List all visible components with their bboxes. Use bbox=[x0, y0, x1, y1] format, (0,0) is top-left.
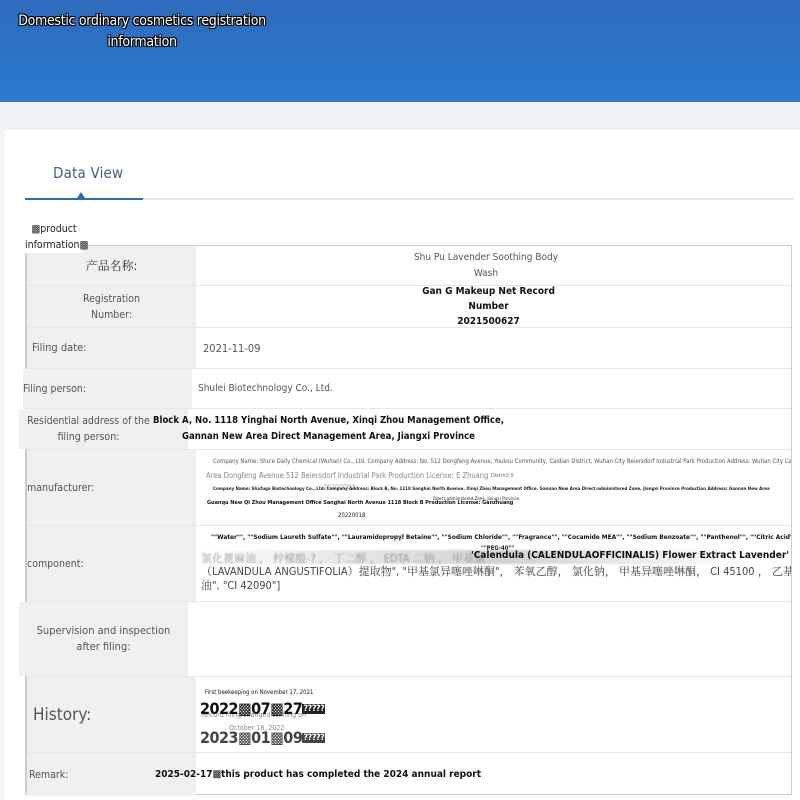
component-line: ""Water"", ""Sodium Laureth Sulfate"", "… bbox=[211, 533, 791, 541]
row-filing-person: Filing person: Shulei Biotechnology Co.,… bbox=[27, 369, 791, 409]
label-history: History: bbox=[27, 677, 196, 752]
history-entry: 2022▩07▩27????? bbox=[200, 699, 325, 718]
label-registration-number: Registration Number: bbox=[27, 286, 196, 327]
page-title: Domestic ordinary cosmetics registration… bbox=[14, 11, 270, 53]
manufacturer-line: Guanqu New Qi Zhou Management Office San… bbox=[207, 500, 513, 506]
page-header: Domestic ordinary cosmetics registration… bbox=[0, 0, 800, 102]
row-filing-date: Filing date: 2021-11-09 bbox=[27, 328, 791, 369]
label-filing-date: Filing date: bbox=[27, 328, 196, 368]
value-component: ""Water"", ""Sodium Laureth Sulfate"", "… bbox=[196, 526, 791, 601]
component-line: （LAVANDULA ANGUSTIFOLIA）提取物", "甲基氯异噻唑啉酮"… bbox=[201, 563, 791, 579]
label-filing-person: Filing person: bbox=[23, 369, 192, 408]
history-entry-suffix: ????? bbox=[302, 733, 325, 743]
value-product-name: Shu Pu Lavender Soothing Body Wash bbox=[406, 250, 566, 282]
row-residential-address: Residential address of the filing person… bbox=[27, 409, 791, 450]
value-supervision bbox=[196, 602, 791, 676]
label-component: component: bbox=[27, 526, 196, 601]
row-manufacturer: manufacturer: Company Name: Shu'e Daily … bbox=[27, 450, 791, 526]
tab-caret-icon bbox=[77, 192, 85, 198]
history-entry-date: 2022▩07▩27 bbox=[200, 699, 302, 718]
component-line: 'Calendula (CALENDULAOFFICINALIS) Flower… bbox=[471, 550, 789, 561]
row-component: component: ""Water"", ""Sodium Laureth S… bbox=[27, 526, 791, 602]
manufacturer-line: Company Name: Shu'e Daily Chemical (Wuha… bbox=[213, 458, 791, 465]
row-remark: Remark: 2025-02-17▩this product has comp… bbox=[27, 753, 791, 796]
value-residential-address: Block A, No. 1118 Yinghai North Avenue, … bbox=[151, 413, 506, 445]
value-registration-number: 2021500627 bbox=[404, 314, 574, 329]
history-note: First beekeeping on November 17, 2021 bbox=[205, 689, 313, 696]
manufacturer-line: District 0 bbox=[491, 473, 514, 479]
label-supervision: Supervision and inspection after filing: bbox=[19, 602, 188, 676]
value-history: First beekeeping on November 17, 2021 Re… bbox=[196, 677, 791, 752]
label-manufacturer: manufacturer: bbox=[27, 450, 196, 525]
tab-data-view[interactable]: Data View bbox=[53, 164, 123, 182]
history-entry-suffix: ????? bbox=[302, 704, 325, 714]
component-line: 油", "CI 42090"] bbox=[201, 577, 280, 593]
value-remark: 2025-02-17▩this product has completed th… bbox=[155, 769, 481, 780]
manufacturer-line: Company Name: Shufuga Biotechnology Co.,… bbox=[213, 487, 770, 492]
value-registration-prefix: Gan G Makeup Net Record Number bbox=[404, 284, 574, 314]
row-registration-number: Registration Number: Gan G Makeup Net Re… bbox=[27, 286, 791, 328]
value-filing-person: Shulei Biotechnology Co., Ltd. bbox=[196, 383, 333, 394]
value-manufacturer: Company Name: Shu'e Daily Chemical (Wuha… bbox=[196, 450, 791, 525]
manufacturer-line: Area Dongfeng Avenue 512 Beiersdorf Indu… bbox=[206, 471, 488, 480]
product-info-table: 产品名称: Shu Pu Lavender Soothing Body Wash… bbox=[25, 245, 792, 795]
content-panel: Data View ▩product information▩ 产品名称: Sh… bbox=[5, 130, 800, 800]
manufacturer-license-number: 20220018 bbox=[338, 512, 365, 519]
row-product-name: 产品名称: Shu Pu Lavender Soothing Body Wash bbox=[27, 246, 791, 286]
section-legend-product-information: ▩product information▩ bbox=[25, 221, 83, 253]
tab-active-indicator bbox=[25, 198, 143, 200]
history-entry: 2023▩01▩09????? bbox=[200, 728, 325, 747]
row-supervision: Supervision and inspection after filing: bbox=[27, 602, 791, 677]
history-entry-date: 2023▩01▩09 bbox=[200, 728, 302, 747]
header-sub-band bbox=[0, 102, 800, 130]
value-filing-date: 2021-11-09 bbox=[196, 342, 261, 355]
row-history: History: First beekeeping on November 17… bbox=[27, 677, 791, 753]
